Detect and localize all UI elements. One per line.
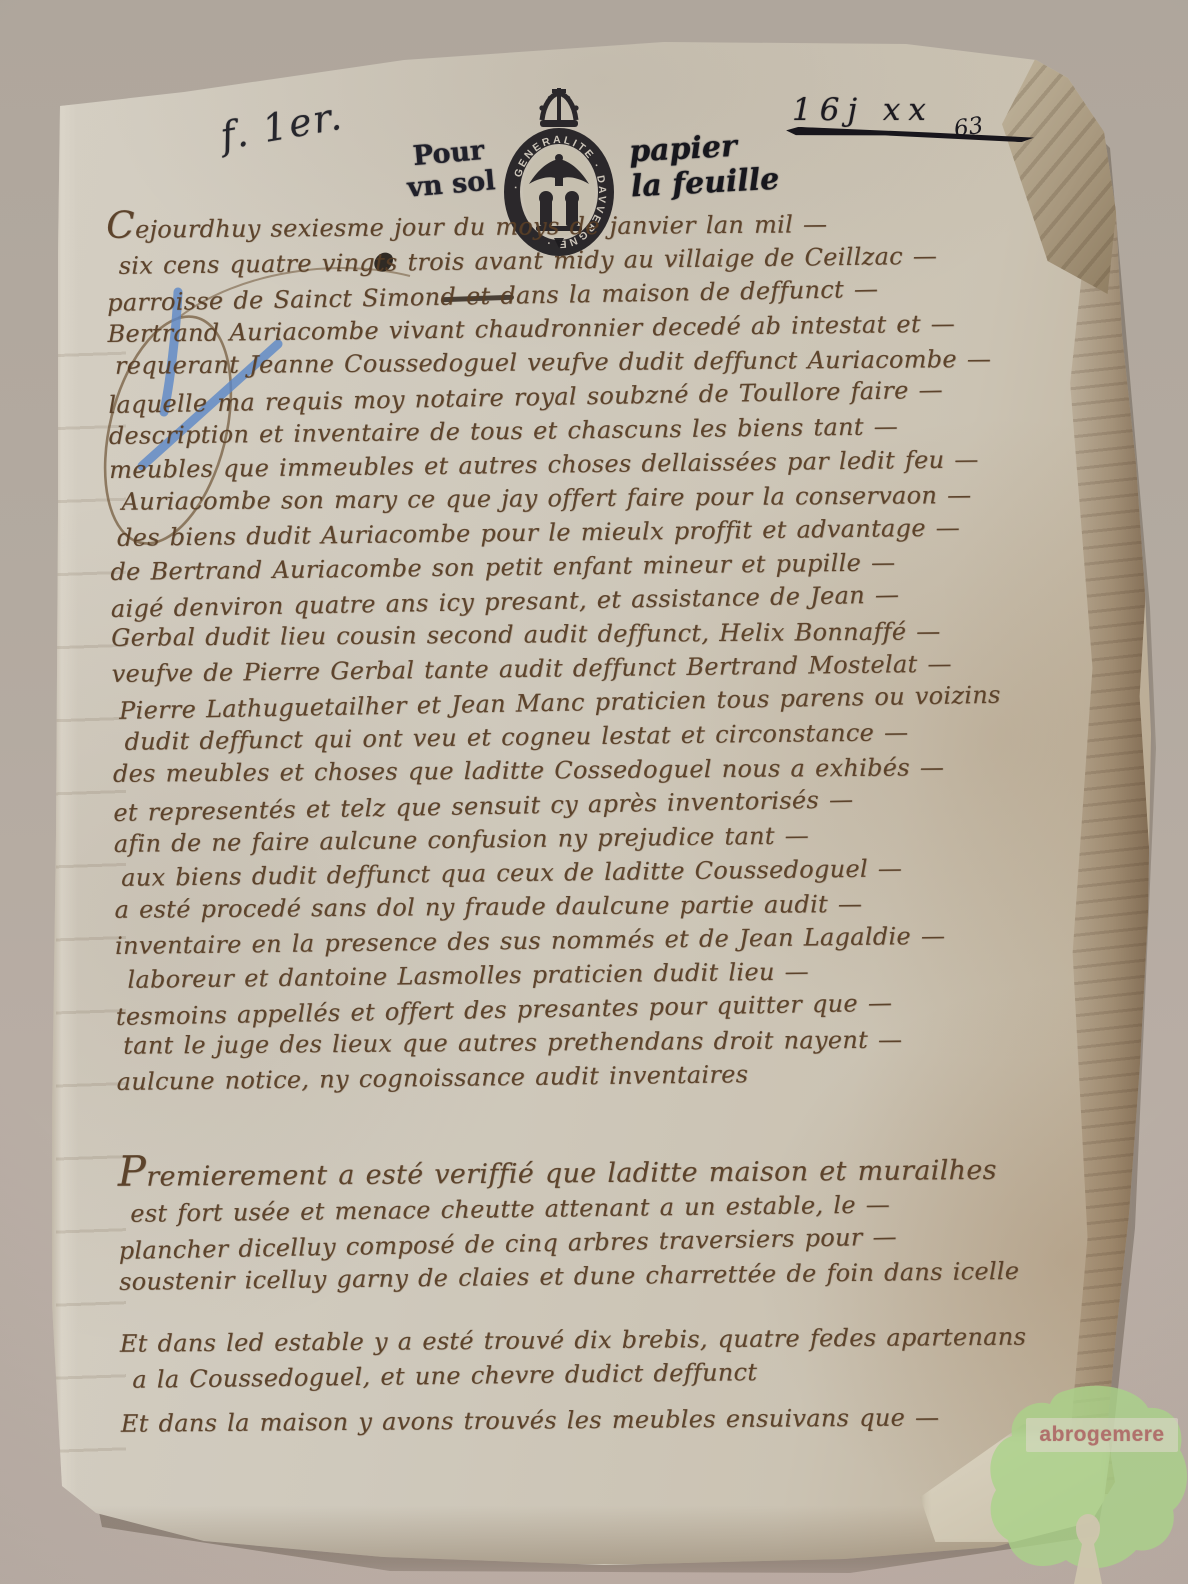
manuscript-page: f. 1er. Pour vn sol · GE [44,34,1156,1566]
photograph-of-manuscript: f. 1er. Pour vn sol · GE [0,0,1188,1584]
paragraph-premierement: Premierement a esté veriffié que laditte… [118,1145,1100,1299]
manuscript-line: Et dans la maison y avons trouvés les me… [121,1399,1101,1441]
folio-mark-handwritten: f. 1er. [217,94,346,159]
paragraph-opening: Cejourdhuy sexiesme jour du moys de janv… [106,198,1097,1099]
manuscript-line: Cejourdhuy sexiesme jour du moys de janv… [106,200,1086,247]
folio-number-annotations: 16j xx 63 [792,92,1012,150]
paragraph-estable: Et dans led estable y a esté trouvé dix … [120,1317,1101,1397]
manuscript-body-text: Cejourdhuy sexiesme jour du moys de janv… [106,198,1101,1443]
paragraph-maison: Et dans la maison y avons trouvés les me… [121,1397,1101,1443]
tax-stamp-text-right: papier la feuille [628,126,801,205]
green-watermark-blob [988,1378,1188,1584]
watermark-label: abrogemere [1026,1418,1178,1452]
stamp-right-line2: la feuille [630,161,802,205]
manuscript-line: Premierement a esté veriffié que laditte… [118,1147,1098,1195]
